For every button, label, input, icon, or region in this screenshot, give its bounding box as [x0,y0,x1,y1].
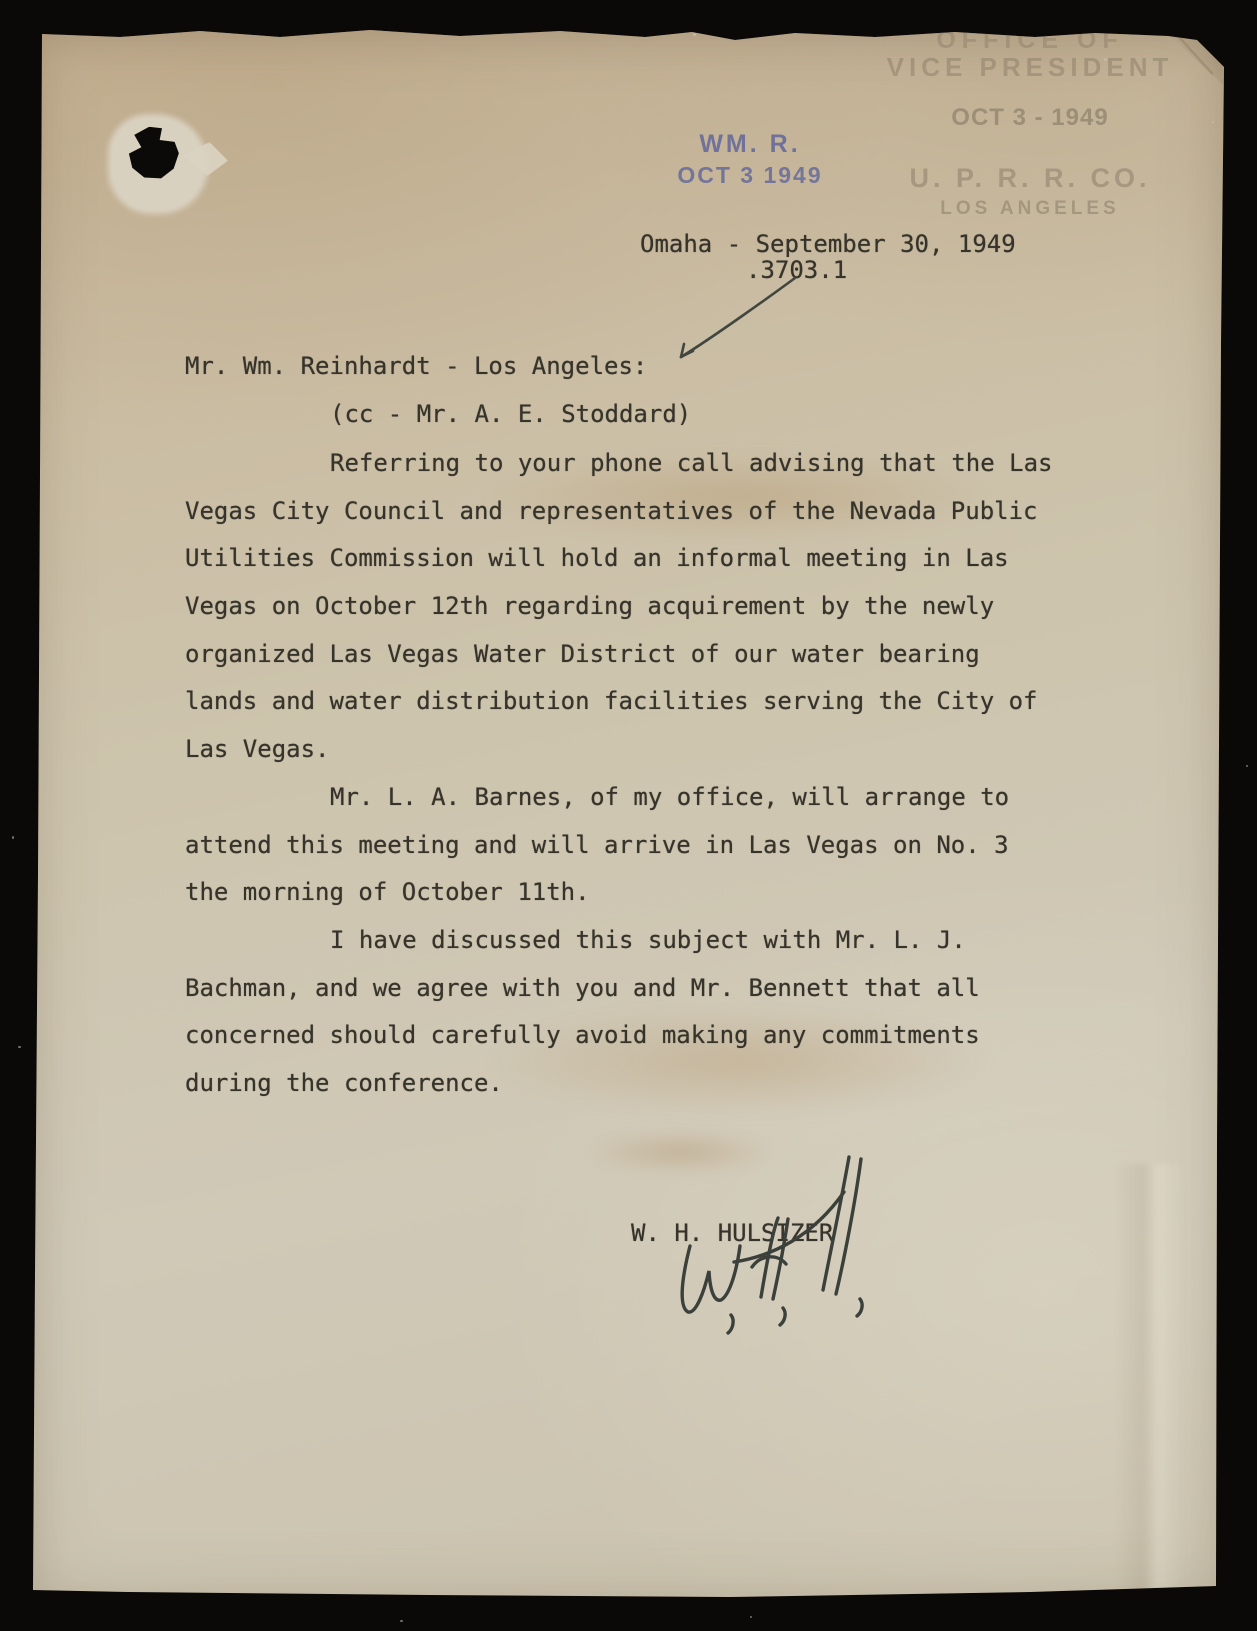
letter-body-line: Vegas on October 12th regarding acquirem… [185,591,994,621]
file-number: .3703.1 [746,255,847,285]
letter-body-line: I have discussed this subject with Mr. L… [185,925,966,955]
dust-speck [693,33,696,36]
stamp-office-of: OFFICE OF [880,26,1180,55]
letter-body-line: lands and water distribution facilities … [185,686,1038,716]
office-of-vice-president-stamp: OFFICE OF VICE PRESIDENT OCT 3 - 1949 U.… [880,24,1180,239]
letter-body-line: organized Las Vegas Water District of ou… [185,639,980,669]
stamp-uprr-co: U. P. R. R. CO. [880,163,1180,194]
dust-speck [1246,765,1248,767]
letter-body-line: Las Vegas. [185,734,330,764]
paper-crease-shading [1115,1164,1185,1604]
letter-body-line: Referring to your phone call advising th… [185,448,1052,478]
stamp-wm-r: WM. R. [660,130,840,159]
dust-speck [750,1616,752,1618]
stamp-vice-president: VICE PRESIDENT [880,52,1180,83]
dust-speck [1212,121,1214,123]
pen-arrow-annotation [30,24,1224,1600]
letter-body-line: Bachman, and we agree with you and Mr. B… [185,973,980,1003]
letter-body-line: concerned should carefully avoid making … [185,1020,980,1050]
dust-speck [1104,58,1107,61]
dust-speck [12,836,14,839]
dust-speck [400,1620,403,1622]
letter-body-line: Utilities Commission will hold an inform… [185,543,1009,573]
letter-body-line: Mr. L. A. Barnes, of my office, will arr… [185,782,1009,812]
stamp-los-angeles: LOS ANGELES [880,198,1180,220]
cc-line: (cc - Mr. A. E. Stoddard) [330,399,691,429]
dust-speck [18,1046,21,1048]
paper-stain [415,989,1065,1134]
letter-body-line: the morning of October 11th. [185,877,590,907]
handwritten-initials [30,24,1224,1600]
letter-body-line: Vegas City Council and representatives o… [185,496,1038,526]
stamp-oct-3-1949: OCT 3 1949 [660,162,840,189]
paper-stain [550,1122,810,1182]
typed-signature: W. H. HULSIZER [631,1218,833,1248]
letter-body-line: attend this meeting and will arrive in L… [185,830,1009,860]
stamp-date: OCT 3 - 1949 [880,104,1180,132]
letter-paper: OFFICE OF VICE PRESIDENT OCT 3 - 1949 U.… [30,24,1224,1600]
received-date-stamp: WM. R. OCT 3 1949 [660,130,840,189]
scanned-letter-page: OFFICE OF VICE PRESIDENT OCT 3 - 1949 U.… [0,0,1257,1631]
letter-body-line: during the conference. [185,1068,503,1098]
recipient-line: Mr. Wm. Reinhardt - Los Angeles: [185,351,647,381]
